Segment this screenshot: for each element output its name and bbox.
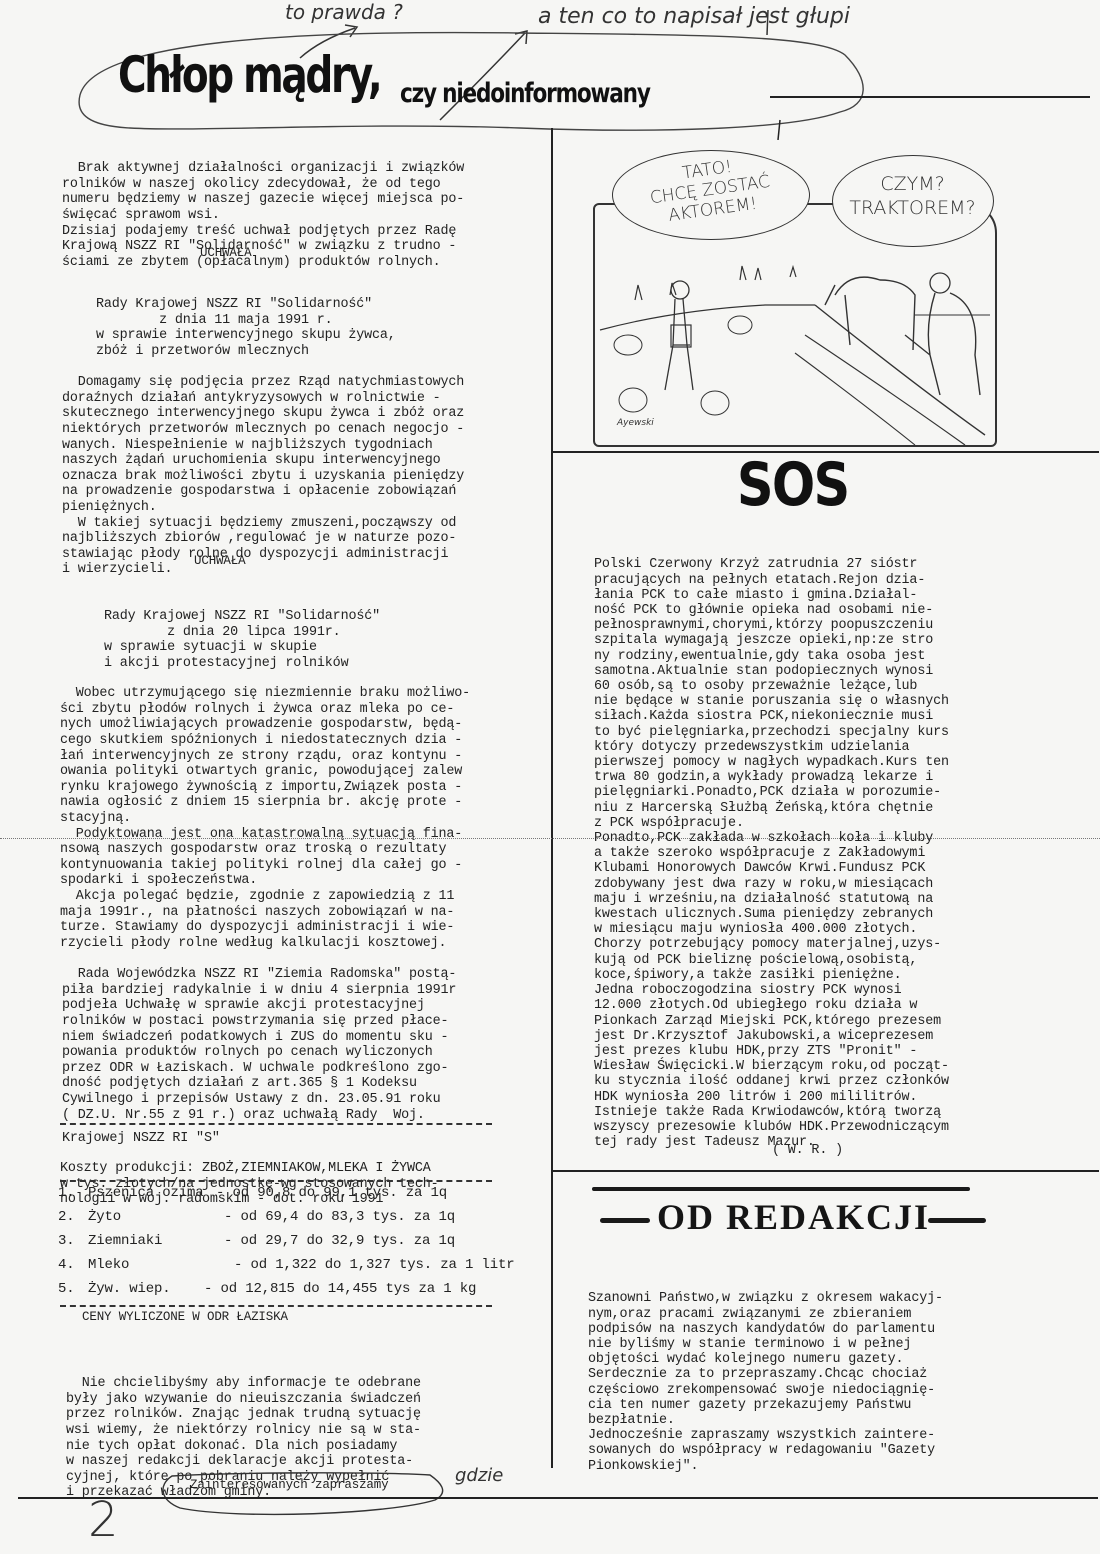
redakcji-top-bar (592, 1187, 970, 1191)
table-top-rule (60, 1123, 492, 1125)
table-bottom-rule (60, 1305, 492, 1307)
table-row: 3.Ziemniaki- od 29,7 do 32,9 tys. za 1q (58, 1234, 515, 1258)
cartoon-bubble-right-text: CZYM?TRAKTOREM? (835, 172, 990, 220)
column-divider (551, 128, 553, 1468)
cartoon-illustration (595, 235, 995, 445)
resolution1-body: Domagamy się podjęcia przez Rząd natychm… (62, 344, 464, 594)
bottom-rule (18, 1497, 1098, 1499)
invite-text: Zainteresowanych zapraszamy (190, 1478, 388, 1494)
article-title: Chłop mądry, (118, 46, 380, 104)
redakcji-left-bar (600, 1218, 650, 1223)
handwritten-note-bottom: gdzie (455, 1465, 503, 1486)
redakcji-right-bar (928, 1218, 986, 1223)
resolution1-heading: UCHWAŁA (200, 246, 251, 262)
table-row: 4.Mleko- od 1,322 do 1,327 tys. za 1 lit… (58, 1258, 515, 1282)
sos-title: SOS (737, 450, 849, 520)
sos-body: Polski Czerwony Krzyż zatrudnia 27 sióst… (594, 527, 949, 1166)
resolution2-heading: UCHWAŁA (194, 554, 245, 570)
table-row: 5.Żyw. wiep.- od 12,815 do 14,455 tys za… (58, 1282, 515, 1306)
resolution2-body: Wobec utrzymującego się niezmiennie brak… (60, 655, 470, 967)
table-row: 1.Pszenica ozima- od 90,8 do 99,1 tys. z… (58, 1186, 515, 1210)
article-intro: Brak aktywnej działalności organizacji i… (62, 130, 464, 286)
redakcji-body: Szanowni Państwo,w związku z okresem wak… (588, 1261, 943, 1489)
cartoon-signature: Ayewski (617, 418, 654, 428)
costs-table-footer: CENY WYLICZONE W ODR ŁAZISKA (82, 1310, 288, 1326)
table-header-rule (60, 1180, 492, 1182)
page-number: 2 (88, 1492, 119, 1548)
sos-signature: ( W. R. ) (772, 1143, 843, 1159)
redakcji-title: OD REDAKCJI (657, 1196, 930, 1238)
article-subtitle: czy niedoinformowany (400, 78, 650, 109)
sos-bottom-rule (551, 1170, 1099, 1172)
table-row: 2.Żyto- od 69,4 do 83,3 tys. za 1q (58, 1210, 515, 1234)
regional-resolution: Rada Wojewódzka NSZZ RI "Ziemia Radomska… (62, 936, 456, 1162)
costs-table: 1.Pszenica ozima- od 90,8 do 99,1 tys. z… (58, 1186, 515, 1306)
